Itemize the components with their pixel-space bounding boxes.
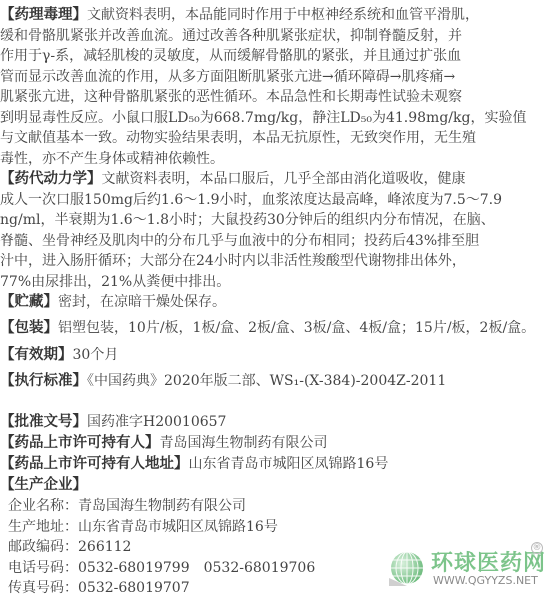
pharmacokinetics-line-4: 脊髓、坐骨神经及肌肉中的分布几乎与血液中的分布相同；投药后43%排至胆 bbox=[0, 231, 479, 251]
field-label: 传真号码： bbox=[8, 580, 78, 596]
watermark-logo: 环球医药网 ® WWW.QGYYZS.NET bbox=[385, 540, 555, 598]
mah-address-line: 【药品上市许可持有人地址】山东省青岛市城阳区凤锦路16号 bbox=[0, 454, 388, 474]
storage-value: 密封，在凉暗干燥处保存。 bbox=[58, 294, 226, 310]
approval-value: 国药准字H20010657 bbox=[87, 414, 226, 430]
field-value: 266112 bbox=[78, 539, 131, 555]
mah-line: 【药品上市许可持有人】青岛国海生物制药有限公司 bbox=[0, 433, 328, 453]
validity-header: 【有效期】 bbox=[0, 347, 73, 363]
pharmacology-line-7: 与文献值基本一致。动物实验结果表明，本品无抗原性，无致突作用，无生殖 bbox=[0, 128, 476, 148]
pharmacokinetics-line-5: 汁中，进入肠肝循环；大部分在24小时内以非活性羧酸型代谢物排出体外， bbox=[0, 251, 466, 271]
approval-header: 【批准文号】 bbox=[0, 414, 87, 430]
field-value: 青岛国海生物制药有限公司 bbox=[78, 498, 246, 514]
manufacturer-name-row: 企业名称：青岛国海生物制药有限公司 bbox=[8, 496, 246, 516]
storage-header: 【贮藏】 bbox=[0, 294, 58, 310]
field-value: 0532-68019799 0532-68019706 bbox=[78, 560, 315, 576]
manufacturer-address-row: 生产地址：山东省青岛市城阳区凤锦路16号 bbox=[8, 517, 278, 537]
pharmacology-line-2: 缓和骨骼肌紧张并改善血流。通过改善各种肌紧张症状，抑制脊髓反射，并 bbox=[0, 26, 462, 46]
field-value: 0532-68019707 bbox=[78, 580, 190, 596]
pharmacology-line-3: 作用于γ-系，减轻肌梭的灵敏度，从而缓解骨骼肌的紧张，并且通过扩张血 bbox=[0, 46, 461, 66]
pharmacology-line-6: 到明显毒性反应。小鼠口服LD₅₀为668.7mg/kg，静注LD₅₀为41.98… bbox=[0, 108, 526, 128]
standard-line: 【执行标准】《中国药典》2020年版二部、WS₁-(X-384)-2004Z-2… bbox=[0, 371, 446, 391]
manufacturer-header: 【生产企业】 bbox=[0, 477, 87, 493]
approval-line: 【批准文号】国药准字H20010657 bbox=[0, 412, 226, 432]
pharmacology-line-5: 肌紧张亢进，这种骨骼肌紧张的恶性循环。本品急性和长期毒性试验未观察 bbox=[0, 87, 462, 107]
globe-icon bbox=[385, 548, 425, 588]
standard-value: 《中国药典》2020年版二部、WS₁-(X-384)-2004Z-2011 bbox=[87, 373, 446, 389]
pharmacokinetics-line-2: 成人一次口服150mg后约1.6～1.9小时，血浆浓度达最高峰，峰浓度为7.5～… bbox=[0, 190, 502, 210]
pharmacokinetics-line-6: 77%由尿排出，21%从粪便中排出。 bbox=[0, 272, 230, 292]
watermark-url: WWW.QGYYZS.NET bbox=[433, 574, 538, 587]
packaging-line: 【包装】铝塑包装，10片/板，1板/盒、2板/盒、3板/盒、4板/盒；15片/板… bbox=[0, 318, 535, 338]
pharmacology-header: 【药理毒理】 bbox=[0, 7, 87, 23]
field-label: 企业名称： bbox=[8, 498, 78, 514]
pharmacokinetics-line-3: ng/ml，半衰期为1.6～1.8小时；大鼠投药30分钟后的组织内分布情况，在脑… bbox=[0, 210, 495, 230]
pharmacology-line-8: 毒性，亦不产生身体或精神依赖性。 bbox=[0, 149, 224, 169]
mah-address-header: 【药品上市许可持有人地址】 bbox=[0, 456, 189, 472]
validity-value: 30个月 bbox=[73, 347, 119, 363]
watermark-title: 环球医药网 bbox=[431, 546, 546, 577]
manufacturer-phone-row: 电话号码：0532-68019799 0532-68019706 bbox=[8, 558, 315, 578]
pharmacokinetics-line-1: 【药代动力学】文献资料表明，本品口服后，几乎全部由消化道吸收，健康 bbox=[0, 169, 466, 189]
pharmacology-line-4: 管而显示改善血流的作用，从多方面阻断肌紧张亢进→循环障碍→肌疼痛→ bbox=[0, 67, 455, 87]
registered-icon: ® bbox=[531, 542, 543, 554]
field-label: 电话号码： bbox=[8, 560, 78, 576]
mah-address-value: 山东省青岛市城阳区凤锦路16号 bbox=[189, 456, 389, 472]
mah-value: 青岛国海生物制药有限公司 bbox=[160, 435, 328, 451]
field-value: 山东省青岛市城阳区凤锦路16号 bbox=[78, 519, 278, 535]
field-label: 生产地址： bbox=[8, 519, 78, 535]
packaging-value: 铝塑包装，10片/板，1板/盒、2板/盒、3板/盒、4板/盒；15片/板，2板/… bbox=[58, 320, 535, 336]
manufacturer-line: 【生产企业】 bbox=[0, 475, 87, 495]
standard-header: 【执行标准】 bbox=[0, 373, 87, 389]
field-label: 邮政编码： bbox=[8, 539, 78, 555]
packaging-header: 【包装】 bbox=[0, 320, 58, 336]
manufacturer-postcode-row: 邮政编码：266112 bbox=[8, 537, 131, 557]
pharmacokinetics-header: 【药代动力学】 bbox=[0, 171, 102, 187]
validity-line: 【有效期】30个月 bbox=[0, 345, 118, 365]
storage-line: 【贮藏】密封，在凉暗干燥处保存。 bbox=[0, 292, 226, 312]
mah-header: 【药品上市许可持有人】 bbox=[0, 435, 160, 451]
pharmacology-line-1: 【药理毒理】文献资料表明，本品能同时作用于中枢神经系统和血管平滑肌， bbox=[0, 5, 479, 25]
manufacturer-fax-row: 传真号码：0532-68019707 bbox=[8, 578, 190, 598]
